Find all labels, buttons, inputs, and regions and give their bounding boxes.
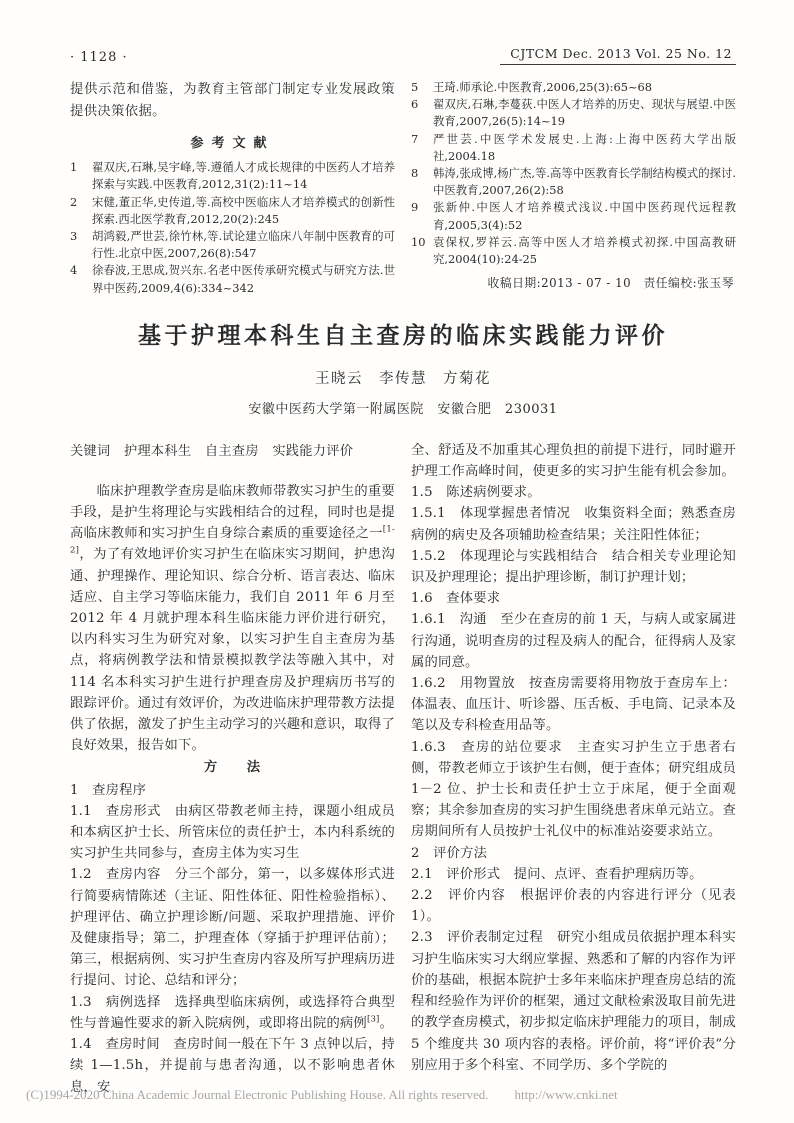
reference-number: 6 xyxy=(411,96,433,130)
intro-paragraph: 临床护理教学查房是临床教师带教实习护生的重要手段，是护生将理论与实践相结合的过程… xyxy=(70,481,395,757)
section-1-heading: 1 查房程序 xyxy=(70,780,395,801)
continued-paragraph: 全、舒适及不加重其心理负担的前提下进行，同时避开护理工作高峰时间，使更多的实习护… xyxy=(411,440,736,482)
reference-item: 5王琦.师承论.中医教育,2006,25(3):65~68 xyxy=(411,79,736,96)
cnki-url: http://www.cnki.net xyxy=(515,1087,618,1102)
references-heading: 参考文献 xyxy=(70,132,395,151)
reference-number: 4 xyxy=(70,262,92,296)
article-affiliation: 安徽中医药大学第一附属医院 安徽合肥 230031 xyxy=(70,398,736,417)
section-1-6-1: 1.6.1 沟通 至少在查房的前 1 天，与病人或家属进行沟通，说明查房的过程及… xyxy=(411,609,736,673)
reference-item: 3胡鸿毅,严世芸,徐竹林,等.试论建立临床八年制中医教育的可行性.北京中医,20… xyxy=(70,228,395,262)
reference-text: 徐春波,王思成,贺兴东.名老中医传承研究模式与研究方法.世界中医药,2009,4… xyxy=(92,262,395,296)
page-content: · 1128 · CJTCM Dec. 2013 Vol. 25 No. 12 … xyxy=(70,46,736,1098)
reference-item: 7严世芸.中医学术发展史.上海:上海中医药大学出版社,2004.18 xyxy=(411,131,736,165)
article-title: 基于护理本科生自主查房的临床实践能力评价 xyxy=(70,317,736,350)
reference-number: 3 xyxy=(70,228,92,262)
keywords-line: 关键词 护理本科生 自主查房 实践能力评价 xyxy=(70,440,395,459)
body-left-paragraphs: 临床护理教学查房是临床教师带教实习护生的重要手段，是护生将理论与实践相结合的过程… xyxy=(70,481,395,1098)
reference-item: 1翟双庆,石琳,吴宇峰,等.遵循人才成长规律的中医药人才培养探索与实践.中医教育… xyxy=(70,159,395,193)
keywords-label: 关键词 xyxy=(70,444,124,459)
citation-superscript: [3] xyxy=(367,1014,380,1024)
section-2-3: 2.3 评价表制定过程 研究小组成员依据护理本科实习护生临床实习大纲应掌握、熟悉… xyxy=(411,927,736,1075)
reference-item: 2宋健,董正华,史传道,等.高校中医临床人才培养模式的创新性探索.西北医学教育,… xyxy=(70,194,395,228)
previous-article-references-section: 提供示范和借鉴，为教育主管部门制定专业发展政策提供决策依据。 参考文献 1翟双庆… xyxy=(70,79,736,297)
journal-info: CJTCM Dec. 2013 Vol. 25 No. 12 xyxy=(500,46,736,65)
section-1-5-2: 1.5.2 体现理论与实践相结合 结合相关专业理论知识及护理理论；提出护理诊断，… xyxy=(411,546,736,588)
reference-number: 2 xyxy=(70,194,92,228)
journal-page: · 1128 · CJTCM Dec. 2013 Vol. 25 No. 12 … xyxy=(0,0,794,1123)
reference-number: 1 xyxy=(70,159,92,193)
reference-number: 8 xyxy=(411,165,433,199)
section-1-6-3: 1.6.3 查房的站位要求 主查实习护生立于患者右侧，带教老师立于该护生右侧，便… xyxy=(411,737,736,843)
article-body: 关键词 护理本科生 自主查房 实践能力评价 临床护理教学查房是临床教师带教实习护… xyxy=(70,440,736,1098)
reference-number: 7 xyxy=(411,131,433,165)
reference-item: 10袁保权,罗祥云.高等中医人才培养模式初探.中国高教研究,2004(10):2… xyxy=(411,234,736,268)
reference-text: 袁保权,罗祥云.高等中医人才培养模式初探.中国高教研究,2004(10):24-… xyxy=(433,234,736,268)
prev-article-closing-text: 提供示范和借鉴，为教育主管部门制定专业发展政策提供决策依据。 xyxy=(70,79,395,122)
reference-text: 翟双庆,石琳,吴宇峰,等.遵循人才成长规律的中医药人才培养探索与实践.中医教育,… xyxy=(92,159,395,193)
reference-number: 10 xyxy=(411,234,433,268)
section-1-6: 1.6 查体要求 xyxy=(411,588,736,609)
reference-text: 严世芸.中医学术发展史.上海:上海中医药大学出版社,2004.18 xyxy=(433,131,736,165)
page-header: · 1128 · CJTCM Dec. 2013 Vol. 25 No. 12 xyxy=(70,46,736,65)
reference-text: 宋健,董正华,史传道,等.高校中医临床人才培养模式的创新性探索.西北医学教育,2… xyxy=(92,194,395,228)
section-1-5-1: 1.5.1 体现掌握患者情况 收集资料全面；熟悉查房病例的病史及各项辅助检查结果… xyxy=(411,503,736,545)
body-left-column: 关键词 护理本科生 自主查房 实践能力评价 临床护理教学查房是临床教师带教实习护… xyxy=(70,440,395,1098)
references-list-left: 1翟双庆,石琳,吴宇峰,等.遵循人才成长规律的中医药人才培养探索与实践.中医教育… xyxy=(70,159,395,297)
section-2-heading: 2 评价方法 xyxy=(411,843,736,864)
top-right-column: 5王琦.师承论.中医教育,2006,25(3):65~686翟双庆,石琳,李蔓荻… xyxy=(411,79,736,297)
section-2-1: 2.1 评价形式 提问、点评、查看护理病历等。 xyxy=(411,864,736,885)
section-2-2: 2.2 评价内容 根据评价表的内容进行评分（见表 1）。 xyxy=(411,885,736,927)
methods-heading: 方 法 xyxy=(70,757,395,778)
section-1-1: 1.1 查房形式 由病区带教老师主持，课题小组成员和本病区护士长、所管床位的责任… xyxy=(70,801,395,865)
copyright-text: (C)1994-2020 China Academic Journal Elec… xyxy=(26,1087,489,1102)
section-1-5: 1.5 陈述病例要求。 xyxy=(411,482,736,503)
reference-text: 韩涛,张成博,杨广杰,等.高等中医教育长学制结构模式的探讨.中医教育,2007,… xyxy=(433,165,736,199)
reference-item: 6翟双庆,石琳,李蔓荻.中医人才培养的历史、现状与展望.中医教育,2007,26… xyxy=(411,96,736,130)
article-authors: 王晓云 李传慧 方菊花 xyxy=(70,367,736,388)
top-left-column: 提供示范和借鉴，为教育主管部门制定专业发展政策提供决策依据。 参考文献 1翟双庆… xyxy=(70,79,395,297)
copyright-footer: (C)1994-2020 China Academic Journal Elec… xyxy=(26,1087,618,1103)
keywords-text: 护理本科生 自主查房 实践能力评价 xyxy=(124,444,353,459)
reference-text: 翟双庆,石琳,李蔓荻.中医人才培养的历史、现状与展望.中医教育,2007,26(… xyxy=(433,96,736,130)
reference-text: 胡鸿毅,严世芸,徐竹林,等.试论建立临床八年制中医教育的可行性.北京中医,200… xyxy=(92,228,395,262)
received-editor-line: 收稿日期:2013 - 07 - 10 责任编校:张玉琴 xyxy=(411,274,736,291)
article-title-block: 基于护理本科生自主查房的临床实践能力评价 王晓云 李传慧 方菊花 安徽中医药大学… xyxy=(70,317,736,417)
section-1-3: 1.3 病例选择 选择典型临床病例，或选择符合典型性与普遍性要求的新入院病例，或… xyxy=(70,992,395,1034)
reference-item: 9张新仲.中医人才培养模式浅议.中国中医药现代远程教育,2005,3(4):52 xyxy=(411,199,736,233)
references-list-right: 5王琦.师承论.中医教育,2006,25(3):65~686翟双庆,石琳,李蔓荻… xyxy=(411,79,736,268)
reference-item: 4徐春波,王思成,贺兴东.名老中医传承研究模式与研究方法.世界中医药,2009,… xyxy=(70,262,395,296)
reference-number: 9 xyxy=(411,199,433,233)
section-1-2: 1.2 查房内容 分三个部分，第一，以多媒体形式进行简要病情陈述（主证、阳性体征… xyxy=(70,864,395,991)
reference-number: 5 xyxy=(411,79,433,96)
reference-text: 王琦.师承论.中医教育,2006,25(3):65~68 xyxy=(433,79,736,96)
citation-superscript: [1-2] xyxy=(70,525,395,556)
section-1-6-2: 1.6.2 用物置放 按查房需要将用物放于查房车上：体温表、血压计、听诊器、压舌… xyxy=(411,673,736,737)
body-right-paragraphs: 全、舒适及不加重其心理负担的前提下进行，同时避开护理工作高峰时间，使更多的实习护… xyxy=(411,440,736,1076)
page-number: · 1128 · xyxy=(70,50,128,65)
body-right-column: 全、舒适及不加重其心理负担的前提下进行，同时避开护理工作高峰时间，使更多的实习护… xyxy=(411,440,736,1098)
reference-item: 8韩涛,张成博,杨广杰,等.高等中医教育长学制结构模式的探讨.中医教育,2007… xyxy=(411,165,736,199)
reference-text: 张新仲.中医人才培养模式浅议.中国中医药现代远程教育,2005,3(4):52 xyxy=(433,199,736,233)
